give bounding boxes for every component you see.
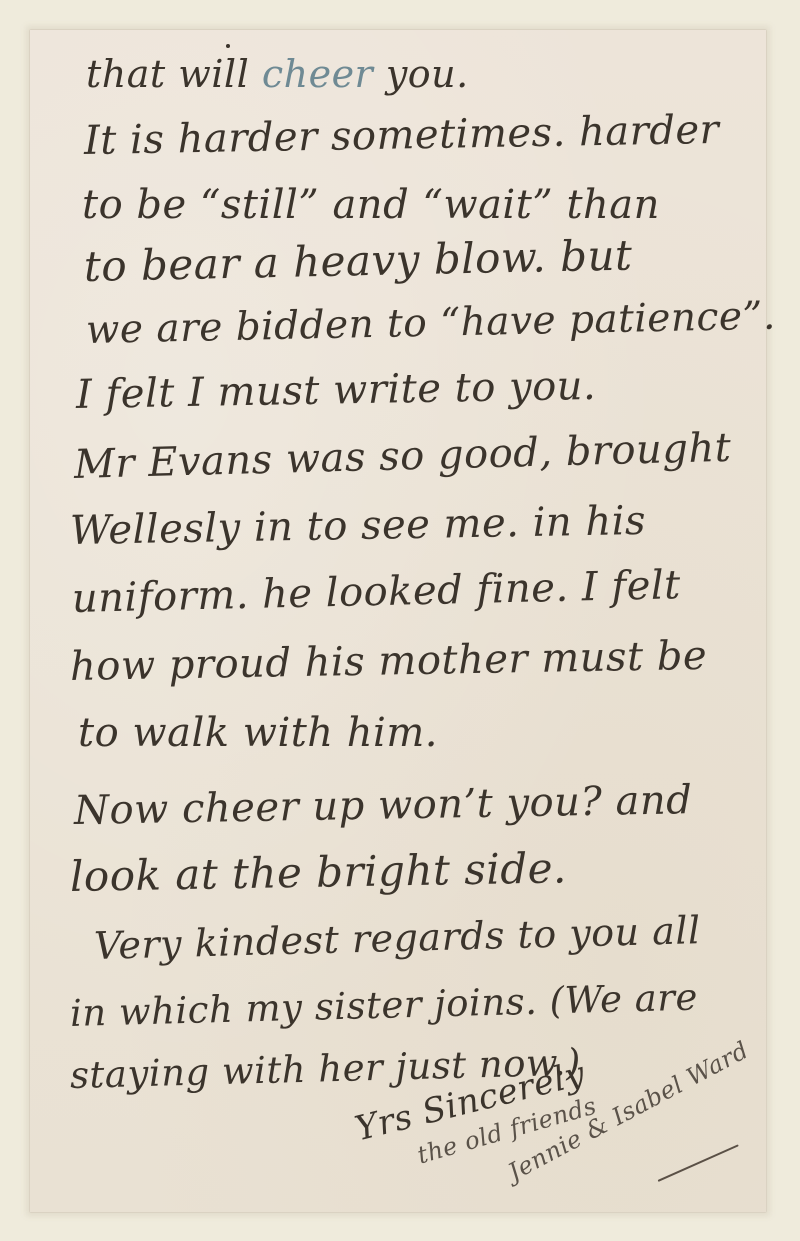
letter-line-9: uniform. he looked fine. I felt: [71, 562, 681, 622]
letter-line-7: Mr Evans was so good, brought: [73, 425, 731, 488]
letter-line-1-pre: that will: [86, 52, 262, 96]
ink-dot: [226, 44, 230, 48]
letter-line-1-blue-word: cheer: [262, 52, 373, 96]
letter-line-15: in which my sister joins. (We are: [69, 976, 698, 1035]
letter-line-6: I felt I must write to you.: [76, 363, 597, 418]
letter-line-2: It is harder sometimes. harder: [84, 107, 720, 164]
letter-line-8: Wellesly in to see me. in his: [70, 498, 647, 554]
letter-line-11: to walk with him.: [78, 710, 438, 756]
letter-line-3: to be “still” and “wait” than: [82, 182, 660, 228]
signature-flourish: [658, 1144, 739, 1182]
letter-line-13: look at the bright side.: [70, 843, 568, 901]
letter-line-1: that will cheer you.: [86, 52, 469, 96]
letter-line-1-post: you.: [373, 52, 468, 96]
letter-line-4: to bear a heavy blow. but: [83, 231, 632, 291]
letter-line-10: how proud his mother must be: [70, 633, 708, 690]
letter-line-5: we are bidden to “have patience”.: [86, 294, 777, 353]
letter-page: that will cheer you. It is harder someti…: [30, 30, 766, 1212]
letter-line-12: Now cheer up won’t you? and: [74, 777, 693, 834]
letter-line-14: Very kindest regards to you all: [93, 908, 701, 968]
